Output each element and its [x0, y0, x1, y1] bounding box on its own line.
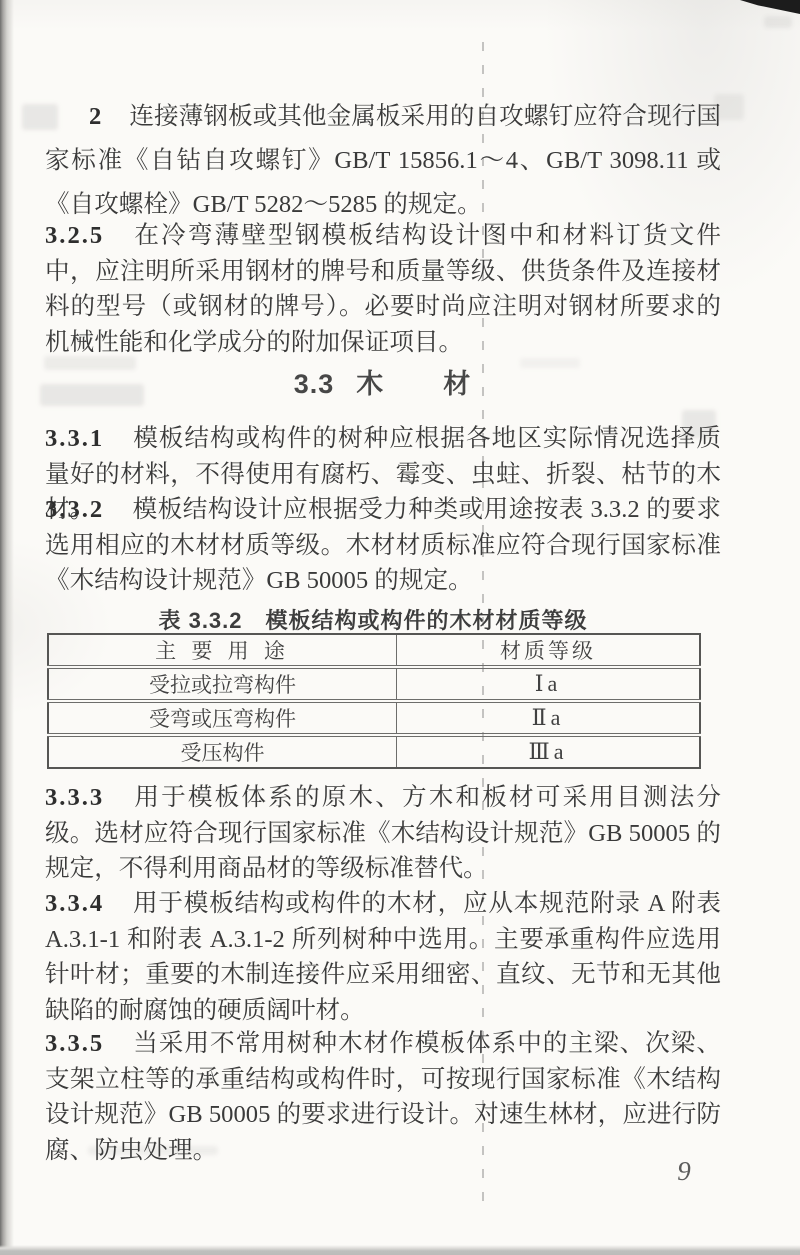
clause-paragraph-3-3-5: 3.3.5当采用不常用树种木材作模板体系中的主梁、次梁、支架立柱等的承重结构或构…: [45, 1026, 721, 1168]
clause-number: 3.3.3: [45, 784, 104, 811]
clause-number: 3.3.4: [45, 890, 104, 917]
clause-number: 2: [89, 103, 103, 130]
corner-fold-mark: [740, 0, 800, 14]
page-number: 9: [664, 1156, 704, 1187]
clause-text: 用于模板结构或构件的木材，应从本规范附录 A 附表 A.3.1-1 和附表 A.…: [45, 890, 721, 1024]
scan-smudge: [764, 16, 792, 28]
scan-edge-left: [0, 0, 14, 1255]
table-cell-usage: 受弯或压弯构件: [48, 701, 397, 735]
section-heading-3-3: 3.3木 材: [45, 362, 721, 401]
wood-grade-table: 主 要 用 途 材质等级 受拉或拉弯构件 Ⅰa 受弯或压弯构件 Ⅱa 受压构件 …: [47, 633, 701, 769]
table-cell-usage: 受压构件: [48, 735, 397, 768]
clause-text: 连接薄钢板或其他金属板采用的自攻螺钉应符合现行国家标准《自钻自攻螺钉》GB/T …: [45, 103, 721, 218]
document-page: 2连接薄钢板或其他金属板采用的自攻螺钉应符合现行国家标准《自钻自攻螺钉》GB/T…: [0, 0, 800, 1255]
section-number: 3.3: [294, 369, 335, 399]
clause-number: 3.2.5: [45, 222, 104, 249]
table-cell-grade: Ⅰa: [397, 667, 701, 701]
clause-number: 3.3.5: [45, 1030, 104, 1057]
table-cell-grade: Ⅱa: [397, 701, 701, 735]
scan-edge-bottom: [0, 1245, 800, 1255]
clause-paragraph-3-3-3: 3.3.3用于模板体系的原木、方木和板材可采用目测法分级。选材应符合现行国家标准…: [45, 780, 721, 887]
table-header-row: 主 要 用 途 材质等级: [48, 634, 700, 667]
clause-number: 3.3.2: [45, 496, 104, 523]
clause-text: 用于模板体系的原木、方木和板材可采用目测法分级。选材应符合现行国家标准《木结构设…: [45, 784, 721, 882]
clause-text: 在冷弯薄壁型钢模板结构设计图中和材料订货文件中，应注明所采用钢材的牌号和质量等级…: [45, 222, 721, 356]
table-row: 受压构件 Ⅲa: [48, 735, 700, 768]
clause-paragraph-3-3-2: 3.3.2模板结构设计应根据受力种类或用途按表 3.3.2 的要求选用相应的木材…: [45, 492, 721, 599]
clause-paragraph-3-3-4: 3.3.4用于模板结构或构件的木材，应从本规范附录 A 附表 A.3.1-1 和…: [45, 886, 721, 1028]
clause-text: 当采用不常用树种木材作模板体系中的主梁、次梁、支架立柱等的承重结构或构件时，可按…: [45, 1030, 721, 1164]
table-cell-usage: 受拉或拉弯构件: [48, 667, 397, 701]
clause-text: 模板结构设计应根据受力种类或用途按表 3.3.2 的要求选用相应的木材材质等级。…: [45, 496, 721, 594]
table-row: 受弯或压弯构件 Ⅱa: [48, 701, 700, 735]
table-header-cell-usage: 主 要 用 途: [48, 634, 397, 667]
clause-paragraph-2: 2连接薄钢板或其他金属板采用的自攻螺钉应符合现行国家标准《自钻自攻螺钉》GB/T…: [45, 95, 721, 227]
table-caption: 表 3.3.2 模板结构或构件的木材材质等级: [45, 604, 701, 635]
clause-number: 3.3.1: [45, 425, 104, 452]
table-header-cell-grade: 材质等级: [397, 634, 701, 667]
section-title: 木 材: [356, 369, 472, 399]
table-row: 受拉或拉弯构件 Ⅰa: [48, 667, 700, 701]
table-cell-grade: Ⅲa: [397, 735, 701, 768]
clause-paragraph-3-2-5: 3.2.5在冷弯薄壁型钢模板结构设计图中和材料订货文件中，应注明所采用钢材的牌号…: [45, 218, 721, 360]
